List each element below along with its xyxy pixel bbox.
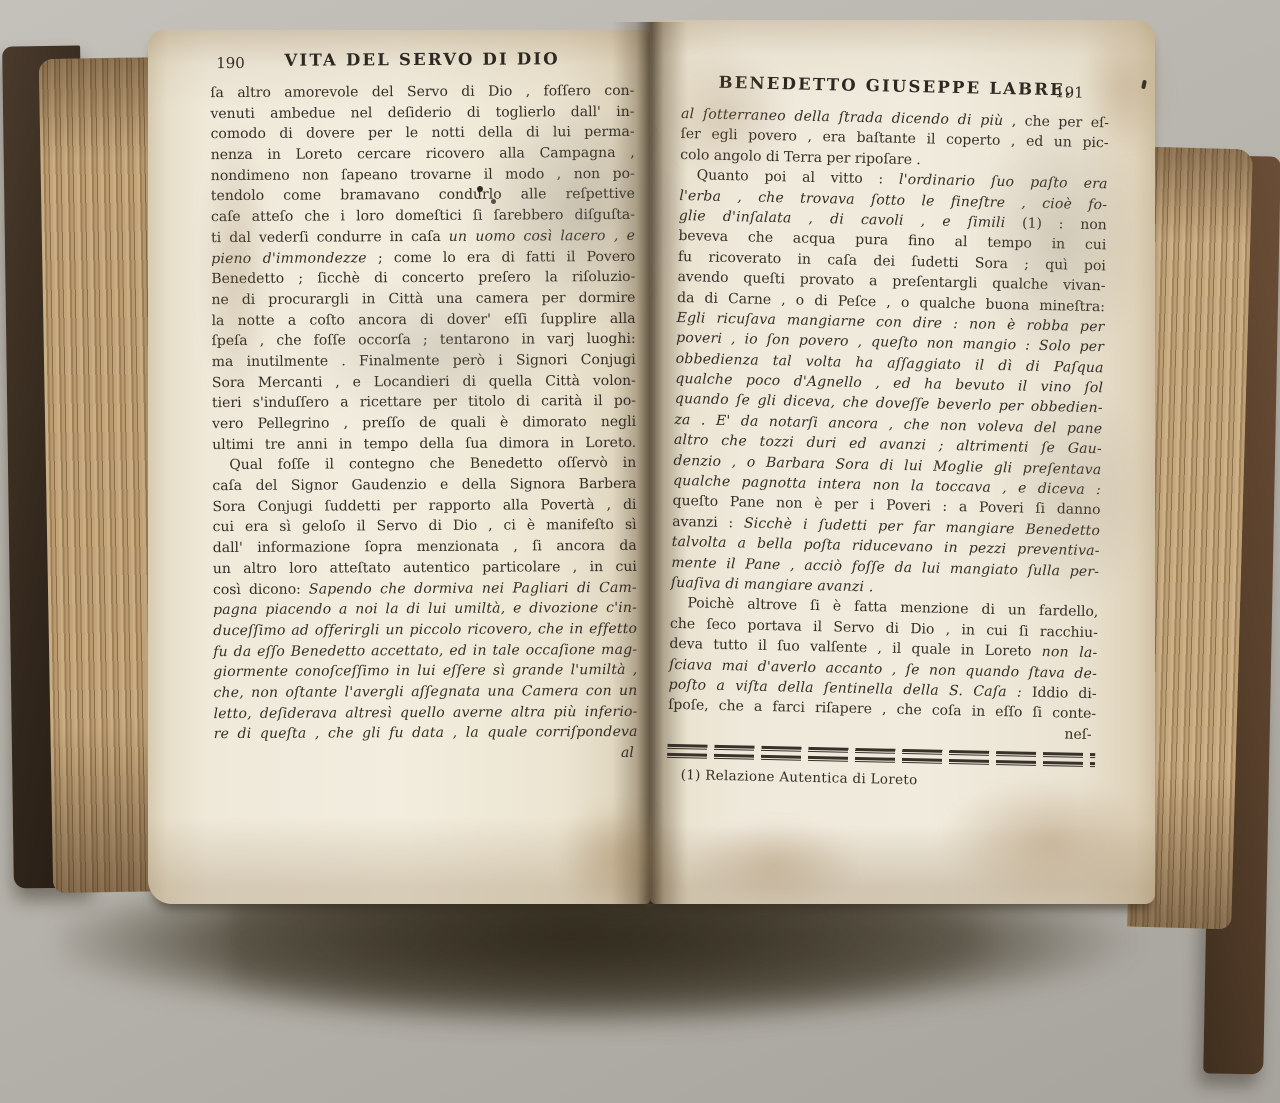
text-line: letto, deſiderava altresì quello averne …	[214, 702, 638, 725]
text-line: cui era sì geloſo il Servo di Dio , ci è…	[213, 515, 637, 538]
right-page-number: 191	[1055, 83, 1084, 102]
text-line: duceſſimo ad offerirgli un piccolo ricov…	[213, 619, 637, 642]
text-line: un altro loro atteſtato autentico partic…	[213, 557, 637, 580]
text-line: ſa altro amorevole del Servo di Dio , fo…	[210, 81, 634, 104]
text-line: Qual foſſe il contegno che Benedetto oſſ…	[212, 453, 636, 476]
text-line: ti dal vederſi condurre in caſa un uomo …	[211, 226, 635, 249]
text-line: Benedetto ; ſicchè di concerto preſero l…	[211, 267, 635, 290]
text-line: dall' informazione ſopra menzionata , ſi…	[213, 536, 637, 559]
left-page-text-block: 190 VITA DEL SERVO DI DIO ſa altro amore…	[210, 49, 638, 766]
text-line: giormente conoſceſſimo in lui eſſere sì …	[213, 660, 637, 683]
text-line: tendolo come bramavano condurlo alle reſ…	[211, 184, 635, 207]
left-catchword: al	[214, 743, 638, 766]
text-line: ne di procurargli in Città una camera pe…	[211, 288, 635, 311]
photo-background: 190 VITA DEL SERVO DI DIO ſa altro amore…	[0, 0, 1280, 1103]
book-cast-shadow-dark	[230, 890, 990, 1030]
text-line: così dicono: Sapendo che dormiva nei Pag…	[213, 577, 637, 600]
right-page-body: al ſotterraneo della ſtrada dicendo di p…	[668, 104, 1109, 725]
text-line: pagna piacendo a noi la di lui umiltà, e…	[213, 598, 637, 621]
left-page-body: ſa altro amorevole del Servo di Dio , fo…	[210, 81, 637, 745]
text-line: comodo di dovere per le notti della di l…	[211, 122, 635, 145]
text-line: vero Pellegrino , preſſo de quali è dimo…	[212, 412, 636, 435]
text-line: re di queſta , che gli fu data , la qual…	[214, 722, 638, 745]
text-line: caſe atteſo che i loro domeſtici ſi ſare…	[211, 205, 635, 228]
text-line: fu da eſſo Benedetto accettato, ed in ta…	[213, 639, 637, 662]
text-line: caſa del Signor Gaudenzio e della Signor…	[212, 474, 636, 497]
text-line: Sora Conjugi ſuddetti per rapporto alla …	[212, 495, 636, 518]
text-line: la notte a coſto ancora di dover' eſſi ſ…	[211, 308, 635, 331]
text-line: Sora Mercanti , e Locandieri di quella C…	[212, 371, 636, 394]
left-page-header: 190 VITA DEL SERVO DI DIO	[210, 49, 634, 81]
left-running-title: VITA DEL SERVO DI DIO	[210, 49, 634, 70]
text-line: venuti ambedue nel deſiderio di toglierl…	[210, 102, 634, 125]
text-line: ſpeſa , che foſſe occorſa ; tentarono in…	[212, 329, 636, 352]
text-line: ultimi tre anni in tempo della ſua dimor…	[212, 433, 636, 456]
text-line: tieri s'induſſero a ricettare per titolo…	[212, 391, 636, 414]
text-line: nenza in Loreto cercare ricovero alla Ca…	[211, 143, 635, 166]
right-page-text-block: BENEDETTO GIUSEPPE LABRE. 191 al ſotterr…	[666, 72, 1109, 792]
text-line: ma inutilmente . Finalmente però i Signo…	[212, 350, 636, 373]
text-line: pieno d'immondezze ; come lo era di fatt…	[211, 246, 635, 269]
left-page-number: 190	[216, 54, 245, 72]
text-line: nondimeno non ſapeano trovarne il modo ,…	[211, 164, 635, 187]
text-line: che, non oſtante l'avergli aſſegnata una…	[213, 681, 637, 704]
